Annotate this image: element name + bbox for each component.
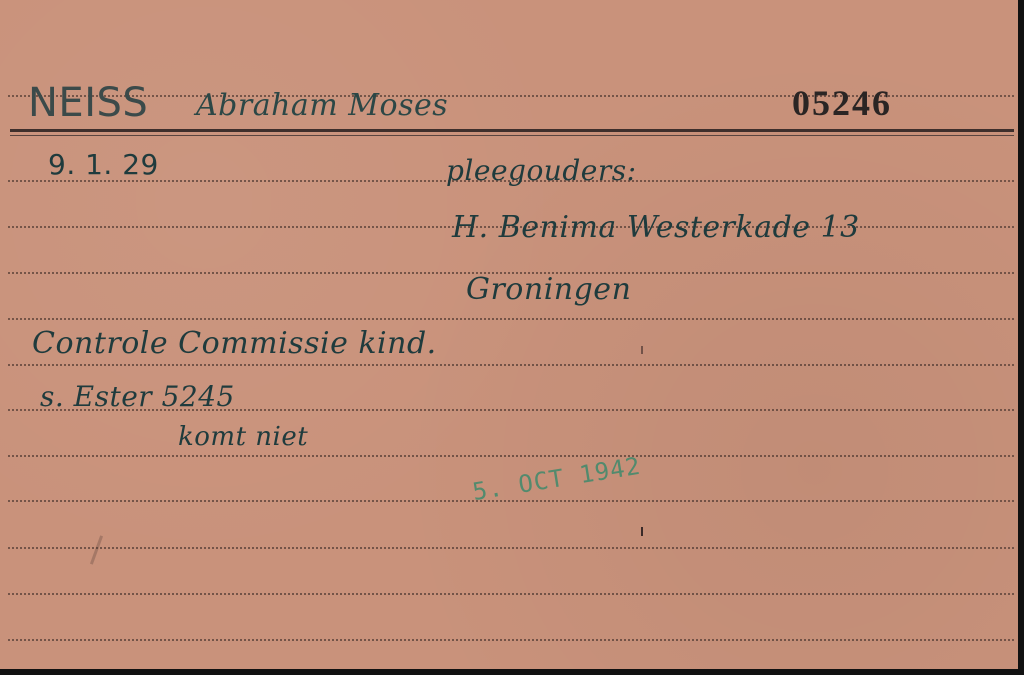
ruled-line — [8, 639, 1014, 641]
ruled-line — [8, 593, 1014, 595]
record-number: 05246 — [792, 82, 892, 124]
ink-mark — [641, 527, 643, 536]
header-rule-thin — [10, 135, 1014, 136]
ruled-line — [8, 364, 1014, 366]
header-rule — [10, 129, 1014, 132]
ruled-line — [8, 547, 1014, 549]
status-note: komt niet — [178, 422, 308, 452]
commission-note: Controle Commissie kind. — [32, 326, 437, 361]
surname: NEISS — [28, 80, 148, 126]
index-card: NEISS Abraham Moses 05246 9. 1. 29 pleeg… — [0, 0, 1018, 669]
ruled-line — [8, 318, 1014, 320]
ruled-line — [8, 455, 1014, 457]
foster-parents-label: pleegouders: — [446, 154, 637, 187]
foster-name-address: H. Benima Westerkade 13 — [452, 210, 860, 245]
birth-date: 9. 1. 29 — [48, 148, 159, 181]
date-stamp: 5. OCT 1942 — [471, 452, 643, 506]
paper-stain — [90, 535, 103, 564]
foster-city: Groningen — [466, 272, 631, 307]
given-names: Abraham Moses — [196, 88, 448, 123]
sister-reference: s. Ester 5245 — [40, 380, 235, 413]
ink-mark — [641, 346, 643, 354]
